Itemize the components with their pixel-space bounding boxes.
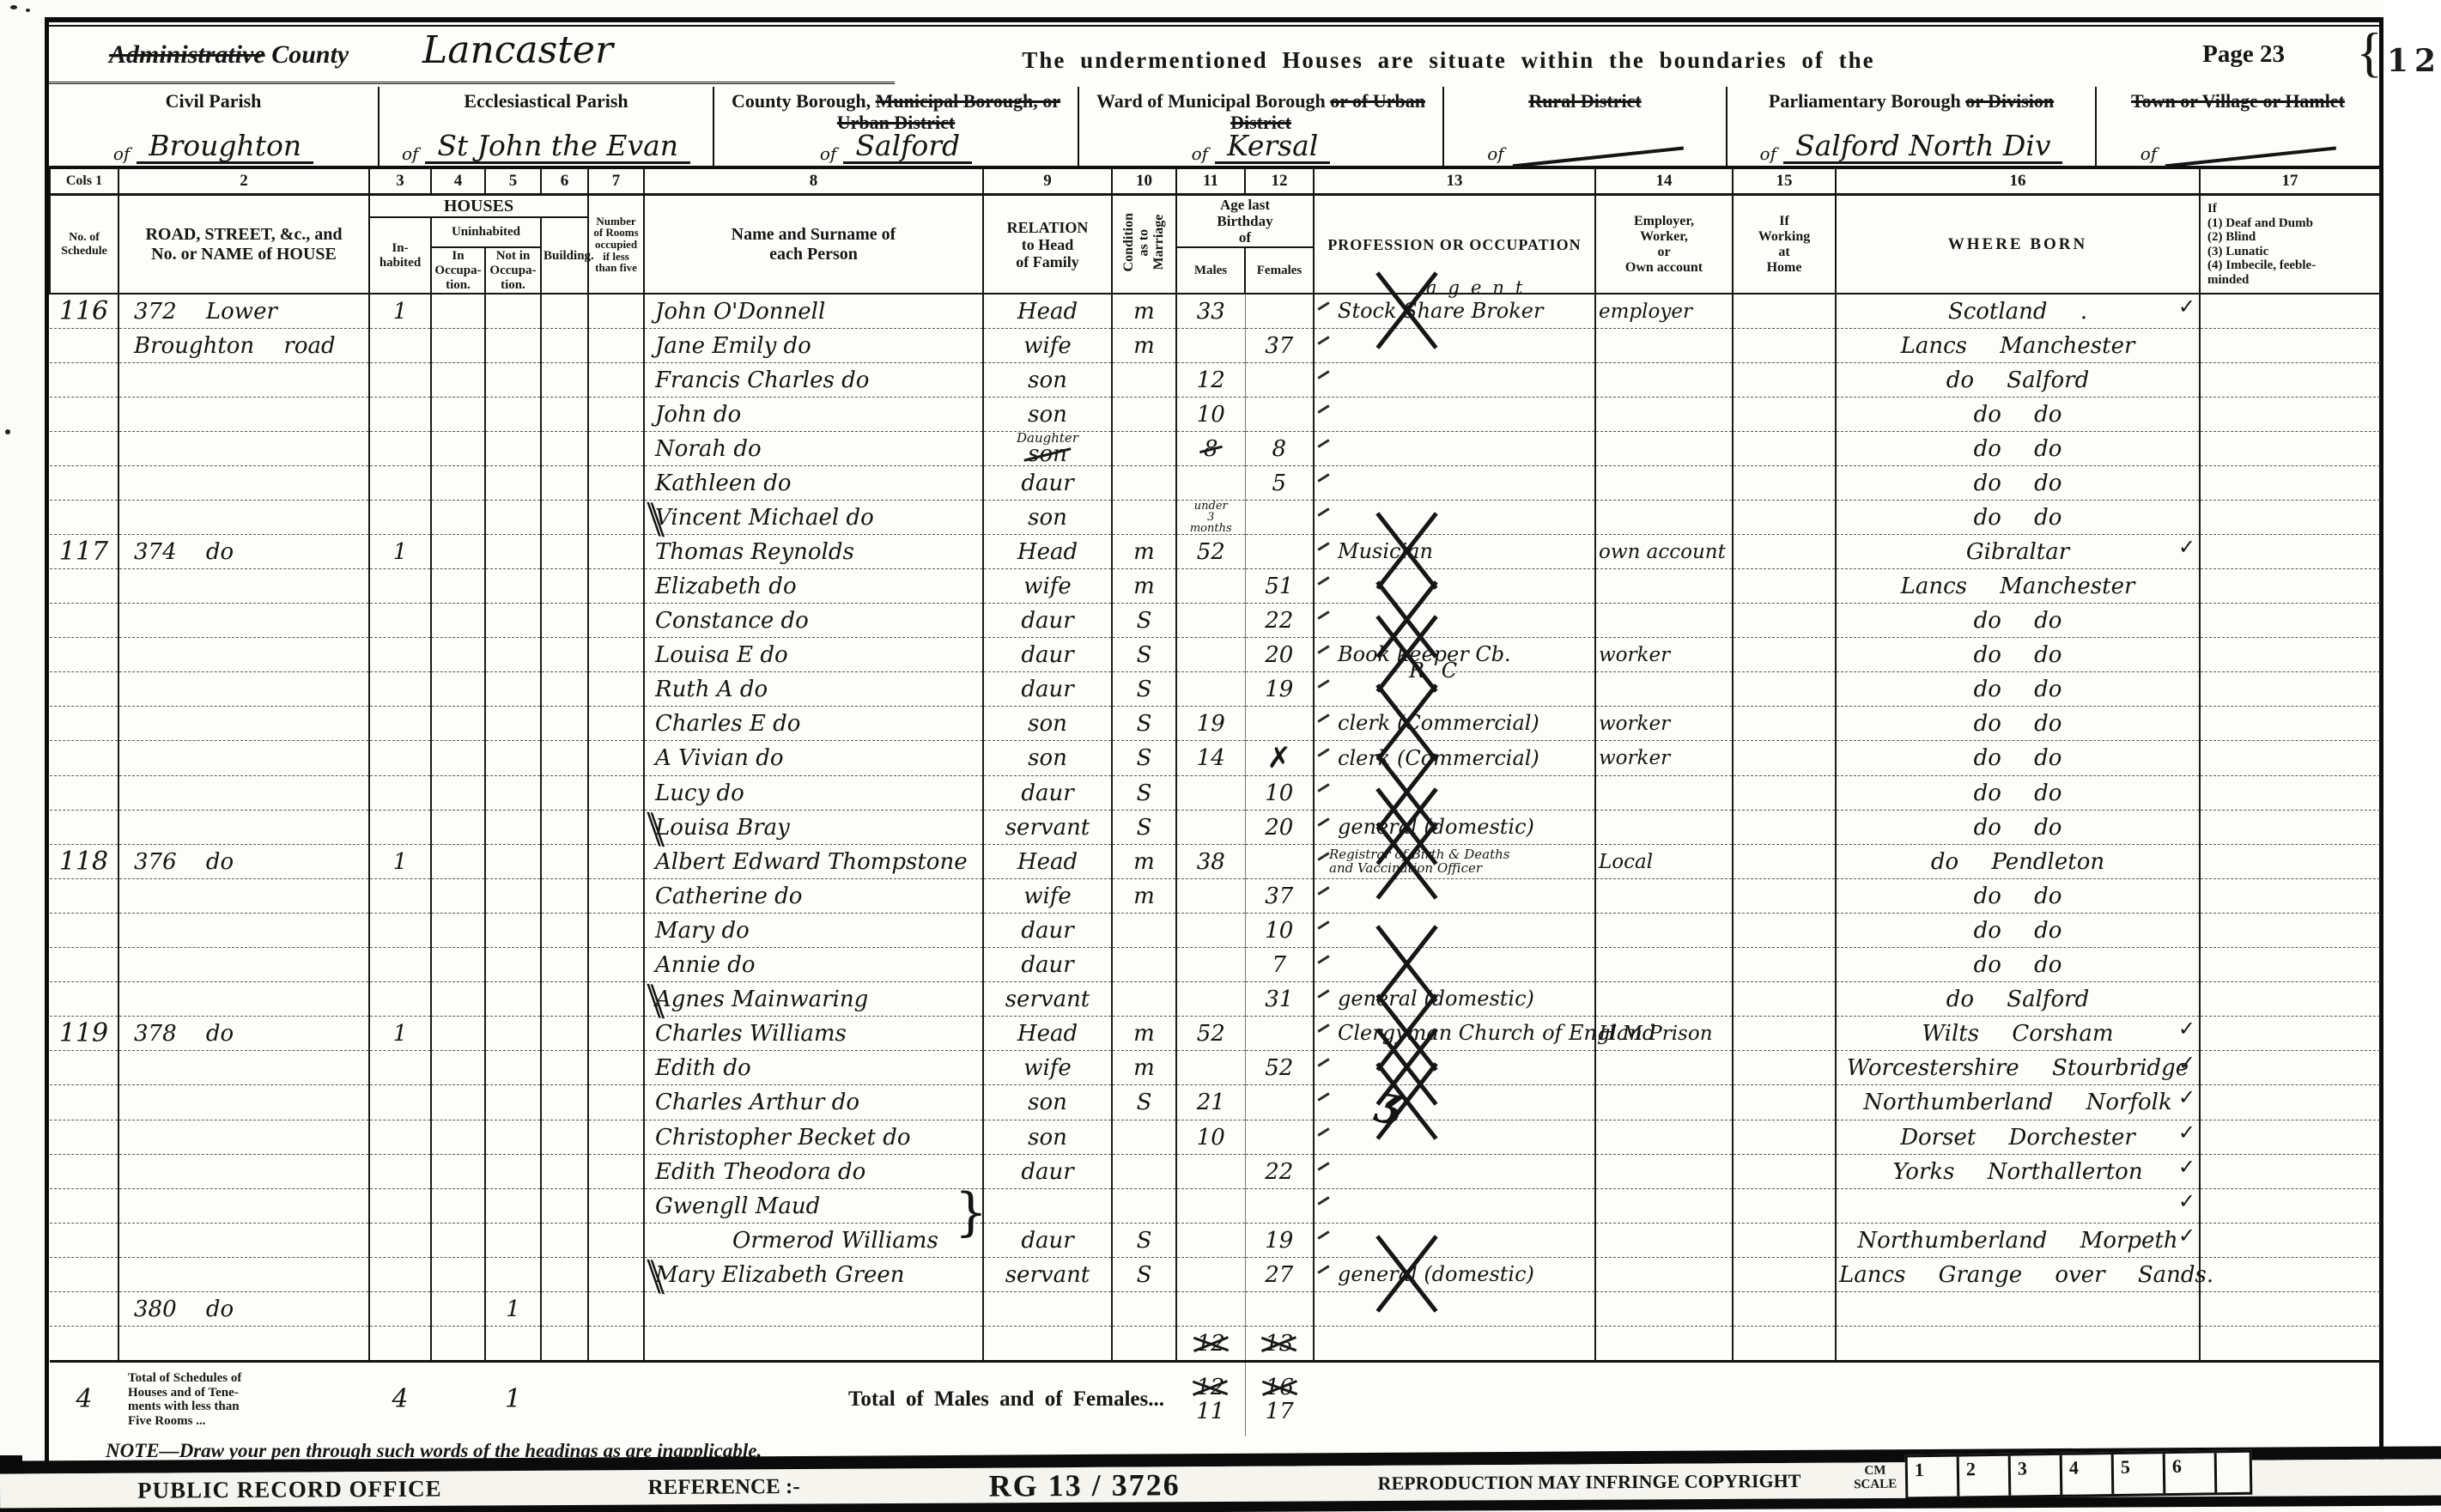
row-tick-mark xyxy=(1317,508,1329,517)
check-mark: ✓ xyxy=(2178,295,2195,319)
where-born-text: do do xyxy=(1974,780,2062,806)
cell-name: Agnes Mainwaring xyxy=(644,982,983,1017)
check-mark: ✓ xyxy=(2178,1155,2195,1179)
cell-total-males: 1211 xyxy=(1176,1362,1245,1437)
cell-rooms xyxy=(588,294,644,329)
blank-stroke xyxy=(2163,124,2336,168)
cell-rooms xyxy=(588,741,644,776)
cell-uninhabited-not-in-occupation xyxy=(485,466,541,501)
cell-relation: son xyxy=(983,501,1112,535)
cell-infirmity xyxy=(2200,638,2380,672)
cell-building xyxy=(541,432,588,466)
cell-inhabited xyxy=(369,776,431,811)
cell-condition xyxy=(1112,1189,1176,1224)
cell-condition: m xyxy=(1112,1051,1176,1085)
census-rows: 116372 Lower1John O'DonnellHeadm33agentS… xyxy=(50,294,2380,1362)
schedule-number: 117 xyxy=(59,537,108,567)
district-cell: Civil Parish ofBroughton xyxy=(49,87,378,166)
cell-inhabited xyxy=(369,1155,431,1189)
row-tick-mark xyxy=(1317,921,1329,930)
address-text: 372 Lower xyxy=(122,301,366,323)
uninhabited-mark: 1 xyxy=(506,1296,520,1322)
cell-uninhabited-not-in-occupation xyxy=(485,638,541,672)
cell-employer xyxy=(1595,811,1733,845)
cell-rooms: ╲╲ xyxy=(588,501,644,535)
cell-condition: S xyxy=(1112,1085,1176,1120)
cell-age-female: 22 xyxy=(1245,1155,1314,1189)
cell-uninhabited-in-occupation xyxy=(431,604,485,638)
condition-text: m xyxy=(1133,1021,1155,1047)
person-name: Elizabeth do xyxy=(655,574,797,599)
cell-relation: son xyxy=(983,741,1112,776)
relation-text: daur xyxy=(1021,1159,1073,1185)
table-row: 117374 do1Thomas ReynoldsHeadm52Musician… xyxy=(50,535,2380,569)
cell-age-male xyxy=(1176,1189,1245,1224)
cell-uninhabited-not-in-occupation xyxy=(485,1017,541,1051)
cell-working-at-home xyxy=(1733,707,1836,741)
cell-building xyxy=(541,638,588,672)
col-header-in-occupation: In Occupa- tion. xyxy=(431,247,485,294)
person-name: Vincent Michael do xyxy=(655,505,874,531)
cell-employer xyxy=(1595,1189,1733,1224)
condition-text: m xyxy=(1133,299,1155,325)
cell-working-at-home xyxy=(1733,948,1836,982)
address-text: Broughton road xyxy=(122,335,366,357)
district-cell: Rural Districtof xyxy=(1442,87,1726,166)
cell-uninhabited-not-in-occupation xyxy=(485,811,541,845)
cell-employer xyxy=(1595,1085,1733,1120)
cell-address xyxy=(118,672,369,707)
cell-uninhabited-in-occupation xyxy=(431,741,485,776)
cell-employer xyxy=(1595,501,1733,535)
cell-inhabited xyxy=(369,914,431,948)
cell-inhabited xyxy=(369,604,431,638)
cell-where-born: do do xyxy=(1836,776,2200,811)
cell-name: Lucy do xyxy=(644,776,983,811)
person-name: Jane Emily do xyxy=(655,333,811,359)
cell-address xyxy=(118,1327,369,1362)
cell-inhabited xyxy=(369,638,431,672)
cell-uninhabited-in-occupation xyxy=(431,569,485,604)
cell-uninhabited-not-in-occupation xyxy=(485,1258,541,1292)
person-name: John do xyxy=(655,402,741,428)
cell-address xyxy=(118,982,369,1017)
relation-text: servant xyxy=(1005,987,1090,1012)
cell-employer xyxy=(1595,432,1733,466)
col-header-employer: Employer, Worker, or Own account xyxy=(1595,195,1733,295)
age-female: 19 xyxy=(1265,1228,1293,1254)
relation-text: son xyxy=(1028,1090,1067,1115)
cell-uninhabited-not-in-occupation xyxy=(485,535,541,569)
cell-uninhabited-in-occupation xyxy=(431,1258,485,1292)
relation-text: wife xyxy=(1023,333,1072,359)
cell-uninhabited-in-occupation xyxy=(431,879,485,914)
condition-text: S xyxy=(1137,642,1152,668)
cell-relation: daur xyxy=(983,466,1112,501)
inhabited-mark: 1 xyxy=(393,299,408,325)
cell-inhabited xyxy=(369,1327,431,1362)
cell-uninhabited-in-occupation xyxy=(431,1017,485,1051)
age-female: 20 xyxy=(1265,642,1293,668)
cell-where-born: do do xyxy=(1836,432,2200,466)
cell-building xyxy=(541,1155,588,1189)
cell-infirmity xyxy=(2200,569,2380,604)
condition-text: S xyxy=(1137,677,1152,702)
col-header-age: Age last Birthday of xyxy=(1176,195,1314,248)
cell-name: Thomas Reynolds xyxy=(644,535,983,569)
cell-schedule xyxy=(50,1051,118,1085)
cell-infirmity xyxy=(2200,1224,2380,1258)
age-male: 21 xyxy=(1197,1090,1225,1115)
cell-age-female: 8 xyxy=(1245,432,1314,466)
col-number: 17 xyxy=(2200,167,2380,195)
cell-age-female: 10 xyxy=(1245,914,1314,948)
cell-uninhabited-in-occupation xyxy=(431,294,485,329)
age-female: 37 xyxy=(1265,884,1293,909)
col-header-females: Females xyxy=(1245,247,1314,294)
ruler-cell: 3 xyxy=(2011,1455,2063,1496)
cell-schedule xyxy=(50,672,118,707)
ruler-cell: 2 xyxy=(1959,1456,2012,1497)
where-born-text: Northumberland Morpeth xyxy=(1857,1228,2177,1254)
cell-where-born: Wilts Corsham✓ xyxy=(1836,1017,2200,1051)
cell-inhabited xyxy=(369,741,431,776)
occupation-text: clerk (Commercial) xyxy=(1317,711,1539,735)
age-female: 27 xyxy=(1265,1262,1293,1288)
cell-infirmity xyxy=(2200,982,2380,1017)
cell-uninhabited-not-in-occupation xyxy=(485,1155,541,1189)
district-value: Salford North Div xyxy=(1783,131,2062,164)
cell-address xyxy=(118,707,369,741)
district-title-text: Ecclesiastical Parish xyxy=(464,90,628,112)
undermentioned-heading: The undermentioned Houses are situate wi… xyxy=(847,47,2049,74)
cell-occupation xyxy=(1314,1292,1595,1327)
cell-working-at-home xyxy=(1733,776,1836,811)
district-value: Salford xyxy=(843,131,972,164)
cell-name: Edith do xyxy=(644,1051,983,1085)
cell-condition xyxy=(1112,501,1176,535)
cell-inhabited xyxy=(369,398,431,432)
cell-building xyxy=(541,845,588,879)
cell-age-male xyxy=(1176,329,1245,363)
cell-building xyxy=(541,398,588,432)
col-number: 11 xyxy=(1176,167,1245,195)
relation-text: daur xyxy=(1021,642,1073,668)
cell-working-at-home xyxy=(1733,398,1836,432)
schedule-number: 118 xyxy=(59,847,108,877)
cell-schedule: 116 xyxy=(50,294,118,329)
cell-where-born: do Pendleton xyxy=(1836,845,2200,879)
cell-uninhabited-not-in-occupation xyxy=(485,569,541,604)
cell-uninhabited-not-in-occupation xyxy=(485,1085,541,1120)
relation-text: daur xyxy=(1021,608,1073,634)
cell-working-at-home xyxy=(1733,1051,1836,1085)
row-tick-mark xyxy=(1317,1128,1329,1137)
cell-address xyxy=(118,569,369,604)
cell-name: Gwengll Maud} xyxy=(644,1189,983,1224)
cell-address xyxy=(118,879,369,914)
cell-age-male: 14 xyxy=(1176,741,1245,776)
cell-age-male xyxy=(1176,948,1245,982)
cell-schedule xyxy=(50,1189,118,1224)
table-row: Gwengll Maud}✓ xyxy=(50,1189,2380,1224)
cell-total-uninhabited-not-in-occupation: 1 xyxy=(485,1362,541,1437)
cell-uninhabited-not-in-occupation xyxy=(485,948,541,982)
cell-condition: m xyxy=(1112,845,1176,879)
occupation-text: clerk (Commercial) xyxy=(1317,746,1539,770)
scan-artifact xyxy=(10,5,17,9)
table-row: 118376 do1Albert Edward ThompstoneHeadm3… xyxy=(50,845,2380,879)
cell-address: 372 Lower xyxy=(118,294,369,329)
cell-building xyxy=(541,811,588,845)
row-tick-mark xyxy=(1317,1197,1329,1205)
cell-condition xyxy=(1112,363,1176,398)
where-born-text: do do xyxy=(1974,436,2062,462)
cell-address xyxy=(118,1258,369,1292)
cell-rooms xyxy=(588,638,644,672)
relation-text: daur xyxy=(1021,1228,1073,1254)
table-row: Norah doDaughterson88do do xyxy=(50,432,2380,466)
cell-rooms xyxy=(588,948,644,982)
employer-text: Local xyxy=(1599,851,1653,873)
cell-occupation xyxy=(1314,776,1595,811)
district-cell: Ward of Municipal Borough or of Urban Di… xyxy=(1078,87,1442,166)
cell-infirmity xyxy=(2200,1155,2380,1189)
cell-name: John do xyxy=(644,398,983,432)
cell-occupation xyxy=(1314,948,1595,982)
row-tick-mark xyxy=(1317,956,1329,964)
cell-rooms xyxy=(588,1051,644,1085)
cell-total-building xyxy=(541,1362,588,1437)
cell-employer xyxy=(1595,1327,1733,1362)
cell-working-at-home xyxy=(1733,535,1836,569)
relation-text: daur xyxy=(1021,677,1073,702)
occupation-scribble: ʒ xyxy=(1375,1084,1404,1120)
cell-age-female xyxy=(1245,1292,1314,1327)
cell-address xyxy=(118,1155,369,1189)
cell-relation: wife xyxy=(983,879,1112,914)
age-female: 22 xyxy=(1265,1159,1293,1185)
cell-uninhabited-not-in-occupation xyxy=(485,776,541,811)
row-tick-mark xyxy=(1317,611,1329,620)
cm-scale-label: CM SCALE xyxy=(1854,1463,1897,1492)
cell-schedule xyxy=(50,1224,118,1258)
cell-name: Norah do xyxy=(644,432,983,466)
cell-inhabited xyxy=(369,982,431,1017)
cell-address xyxy=(118,1120,369,1155)
col-number: 6 xyxy=(541,167,588,195)
cell-total-born xyxy=(1836,1362,2200,1437)
cell-age-male xyxy=(1176,776,1245,811)
cell-building xyxy=(541,707,588,741)
cell-address: Broughton road xyxy=(118,329,369,363)
cell-uninhabited-in-occupation xyxy=(431,1189,485,1224)
age-female: 13 xyxy=(1265,1333,1293,1355)
cell-schedule xyxy=(50,811,118,845)
district-title-struck: Town or Village or Hamlet xyxy=(2131,90,2345,112)
col-header-rooms: Number of Rooms occupied if less than fi… xyxy=(588,195,644,295)
col-number: 9 xyxy=(983,167,1112,195)
cell-inhabited xyxy=(369,672,431,707)
cell-relation: wife xyxy=(983,1051,1112,1085)
cell-name: Catherine do xyxy=(644,879,983,914)
cell-address xyxy=(118,1051,369,1085)
relation-text: daur xyxy=(1021,918,1073,944)
cell-inhabited xyxy=(369,329,431,363)
cell-building xyxy=(541,948,588,982)
table-row: Christopher Becket doson10Dorset Dorches… xyxy=(50,1120,2380,1155)
cell-rooms xyxy=(588,1327,644,1362)
cell-inhabited xyxy=(369,707,431,741)
cell-totals-label: Total of Schedules of Houses and of Tene… xyxy=(118,1362,369,1437)
cell-relation: son xyxy=(983,1120,1112,1155)
cell-schedule xyxy=(50,1327,118,1362)
cell-occupation: clerk (Commercial) xyxy=(1314,741,1595,776)
district-title-text: Civil Parish xyxy=(166,90,262,112)
cell-infirmity xyxy=(2200,1292,2380,1327)
administrative-county-value: Lancaster xyxy=(422,28,613,72)
cell-occupation: clerk (Commercial) xyxy=(1314,707,1595,741)
col-header-inhabited: In- habited xyxy=(369,217,431,294)
cell-relation: daur xyxy=(983,914,1112,948)
cell-employer xyxy=(1595,879,1733,914)
cell-name: A Vivian do xyxy=(644,741,983,776)
col-number: 4 xyxy=(431,167,485,195)
age-male: 52 xyxy=(1197,1021,1225,1047)
cell-uninhabited-in-occupation xyxy=(431,1085,485,1120)
table-head: Cols 1234567891011121314151617 No. of Sc… xyxy=(50,167,2380,294)
cell-uninhabited-in-occupation xyxy=(431,707,485,741)
relation-text: Head xyxy=(1017,299,1078,325)
cell-condition: S xyxy=(1112,1258,1176,1292)
of-label: of xyxy=(402,144,418,164)
table-row: Francis Charles doson12do Salford xyxy=(50,363,2380,398)
district-title-text: Parliamentary Borough xyxy=(1769,90,1965,112)
cell-infirmity xyxy=(2200,1017,2380,1051)
cell-age-female xyxy=(1245,1189,1314,1224)
where-born-text: do do xyxy=(1974,471,2062,496)
person-name: Louisa Bray xyxy=(655,815,790,841)
cell-rooms xyxy=(588,879,644,914)
cell-building xyxy=(541,1258,588,1292)
cell-inhabited xyxy=(369,1120,431,1155)
cell-inhabited xyxy=(369,811,431,845)
cell-age-female xyxy=(1245,398,1314,432)
cell-rooms xyxy=(588,914,644,948)
cell-uninhabited-not-in-occupation xyxy=(485,741,541,776)
row-tick-mark xyxy=(1317,474,1329,483)
condition-text: m xyxy=(1133,1055,1155,1081)
of-label: of xyxy=(1192,144,1208,164)
condition-text: S xyxy=(1137,745,1152,771)
table-row: Catherine dowifem37do do xyxy=(50,879,2380,914)
row-tick-mark xyxy=(1317,405,1329,414)
cell-uninhabited-not-in-occupation: 1 xyxy=(485,1292,541,1327)
cell-address: 376 do xyxy=(118,845,369,879)
cell-age-female: 51 xyxy=(1245,569,1314,604)
col-header-not-in-occupation: Not in Occupa- tion. xyxy=(485,247,541,294)
cell-name: Mary Elizabeth Green xyxy=(644,1258,983,1292)
age-female: 51 xyxy=(1265,574,1293,599)
cell-occupation xyxy=(1314,1327,1595,1362)
cell-where-born: do do xyxy=(1836,638,2200,672)
cell-building xyxy=(541,1017,588,1051)
cell-rooms xyxy=(588,1292,644,1327)
cell-where-born: Lancs Manchester xyxy=(1836,329,2200,363)
cell-name xyxy=(644,1292,983,1327)
cell-infirmity xyxy=(2200,776,2380,811)
cell-relation: daur xyxy=(983,948,1112,982)
cell-employer xyxy=(1595,776,1733,811)
age-female: 52 xyxy=(1265,1055,1293,1081)
cell-name: Ormerod Williams xyxy=(644,1224,983,1258)
cell-where-born: do do xyxy=(1836,604,2200,638)
occupation-text: Registrar of Birth & Deaths and Vaccinat… xyxy=(1317,848,1592,876)
table-row: Louisa E dodaurS20Book keeper Cb.workerd… xyxy=(50,638,2380,672)
cell-occupation xyxy=(1314,1120,1595,1155)
cell-uninhabited-in-occupation xyxy=(431,1327,485,1362)
of-label: of xyxy=(820,144,836,164)
relation-text: wife xyxy=(1023,884,1072,909)
cell-age-male: 10 xyxy=(1176,1120,1245,1155)
table-row: Broughton roadJane Emily dowifem37Lancs … xyxy=(50,329,2380,363)
cell-age-male: 8 xyxy=(1176,432,1245,466)
col-number: 15 xyxy=(1733,167,1836,195)
cell-employer xyxy=(1595,466,1733,501)
cell-age-female: 20 xyxy=(1245,638,1314,672)
cell-address xyxy=(118,638,369,672)
condition-text: S xyxy=(1137,780,1152,806)
cell-employer xyxy=(1595,914,1733,948)
table-row: ╲╲Agnes Mainwaringservant31general (dome… xyxy=(50,982,2380,1017)
cell-rooms xyxy=(588,535,644,569)
cell-inhabited xyxy=(369,1292,431,1327)
employer-text: H M Prison xyxy=(1599,1023,1713,1045)
cell-building xyxy=(541,1189,588,1224)
cell-where-born: do do xyxy=(1836,672,2200,707)
relation-correction: Daughterson xyxy=(987,433,1108,466)
check-mark: ✓ xyxy=(2178,1017,2195,1041)
condition-text: S xyxy=(1137,1262,1152,1288)
district-title: County Borough, Municipal Borough, or Ur… xyxy=(714,90,1078,134)
where-born-text: do do xyxy=(1974,745,2062,771)
col-number: 7 xyxy=(588,167,644,195)
cell-age-female: 19 xyxy=(1245,1224,1314,1258)
person-name: Christopher Becket do xyxy=(655,1125,911,1151)
census-page-scan: 120 Administrative County Lancaster The … xyxy=(0,0,2441,1512)
col-header-name: Name and Surname of each Person xyxy=(644,195,983,295)
cell-relation: Head xyxy=(983,294,1112,329)
cell-employer xyxy=(1595,1155,1733,1189)
condition-text: S xyxy=(1137,815,1152,841)
cell-relation: Head xyxy=(983,845,1112,879)
cell-infirmity xyxy=(2200,914,2380,948)
cell-occupation: Registrar of Birth & Deaths and Vaccinat… xyxy=(1314,845,1595,879)
brace-glyph: { xyxy=(2356,21,2383,84)
person-name: Mary do xyxy=(655,918,750,944)
row-tick-mark xyxy=(1317,371,1329,380)
cell-where-born xyxy=(1836,1292,2200,1327)
cell-building xyxy=(541,1051,588,1085)
age-male: 33 xyxy=(1197,299,1225,325)
person-name: Charles Arthur do xyxy=(655,1090,859,1115)
district-value: St John the Evan xyxy=(425,131,690,164)
table-row: Ruth A dodaurS19R Cdo do xyxy=(50,672,2380,707)
where-born-text: do do xyxy=(1974,711,2062,737)
person-name: Albert Edward Thompstone xyxy=(655,849,968,875)
table-row: 1213 xyxy=(50,1327,2380,1362)
cell-occupation xyxy=(1314,363,1595,398)
